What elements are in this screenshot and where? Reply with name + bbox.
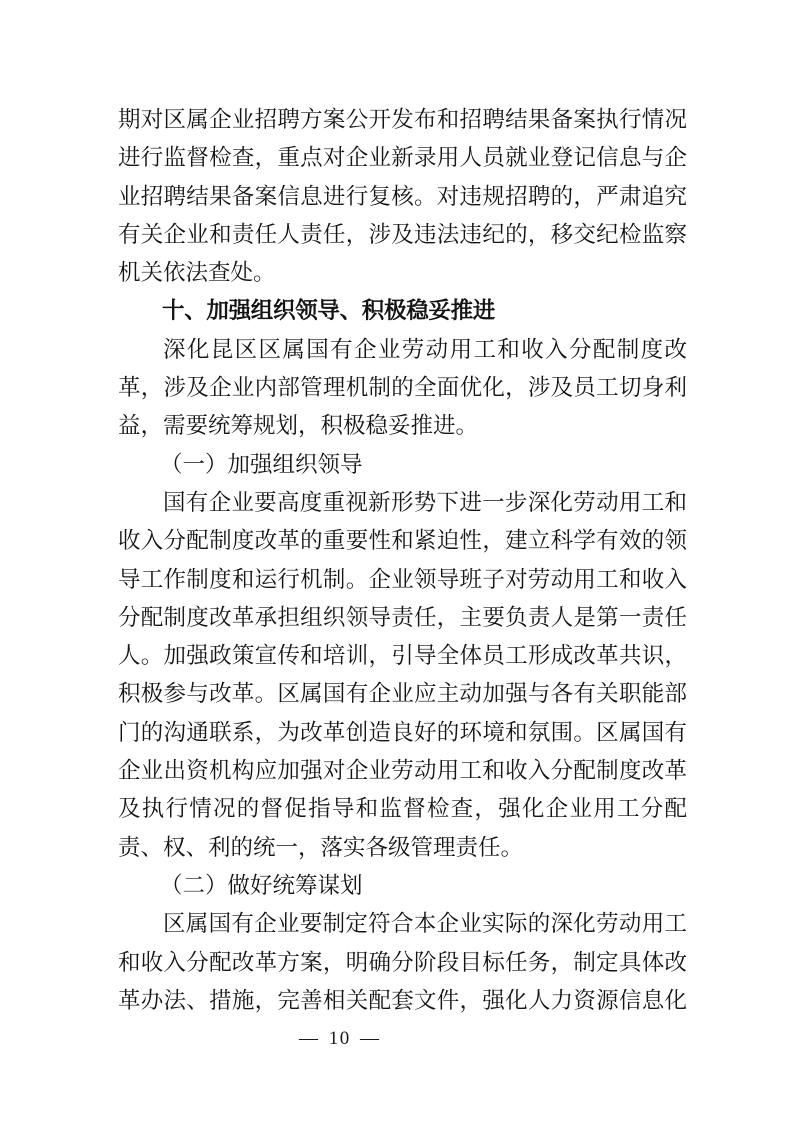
section-heading: 十、加强组织领导、积极稳妥推进 (118, 292, 687, 330)
body-line: 门的沟通联系，为改革创造良好的环境和氛围。区属国有 (118, 714, 687, 752)
body-line: 机关依法查处。 (118, 254, 687, 292)
body-line: 国有企业要高度重视新形势下进一步深化劳动用工和 (118, 484, 687, 522)
page-number: — 10 — (299, 1027, 381, 1051)
document-page: 期对区属企业招聘方案公开发布和招聘结果备案执行情况 进行监督检查，重点对企业新录… (0, 0, 793, 1122)
body-line: 区属国有企业要制定符合本企业实际的深化劳动用工 (118, 905, 687, 943)
subsection-heading: （二）做好统筹谋划 (118, 867, 687, 905)
body-line: 益，需要统筹规划，积极稳妥推进。 (118, 407, 687, 445)
body-line: 分配制度改革承担组织领导责任，主要负责人是第一责任 (118, 599, 687, 637)
body-line: 收入分配制度改革的重要性和紧迫性，建立科学有效的领 (118, 522, 687, 560)
body-line: 革办法、措施，完善相关配套文件，强化人力资源信息化 (118, 982, 687, 1020)
body-line: 业招聘结果备案信息进行复核。对违规招聘的，严肃追究 (118, 178, 687, 216)
body-line: 积极参与改革。区属国有企业应主动加强与各有关职能部 (118, 675, 687, 713)
body-line: 有关企业和责任人责任，涉及违法违纪的，移交纪检监察 (118, 216, 687, 254)
body-line: 和收入分配改革方案，明确分阶段目标任务，制定具体改 (118, 944, 687, 982)
body-line: 导工作制度和运行机制。企业领导班子对劳动用工和收入 (118, 561, 687, 599)
body-line: 深化昆区区属国有企业劳动用工和收入分配制度改 (118, 331, 687, 369)
body-line: 期对区属企业招聘方案公开发布和招聘结果备案执行情况 (118, 101, 687, 139)
text-block: 期对区属企业招聘方案公开发布和招聘结果备案执行情况 进行监督检查，重点对企业新录… (118, 101, 687, 1020)
body-line: 及执行情况的督促指导和监督检查，强化企业用工分配 (118, 790, 687, 828)
body-line: 革，涉及企业内部管理机制的全面优化，涉及员工切身利 (118, 369, 687, 407)
body-line: 人。加强政策宣传和培训，引导全体员工形成改革共识， (118, 637, 687, 675)
subsection-heading: （一）加强组织领导 (118, 446, 687, 484)
body-line: 企业出资机构应加强对企业劳动用工和收入分配制度改革 (118, 752, 687, 790)
body-line: 责、权、利的统一，落实各级管理责任。 (118, 829, 687, 867)
body-line: 进行监督检查，重点对企业新录用人员就业登记信息与企 (118, 139, 687, 177)
